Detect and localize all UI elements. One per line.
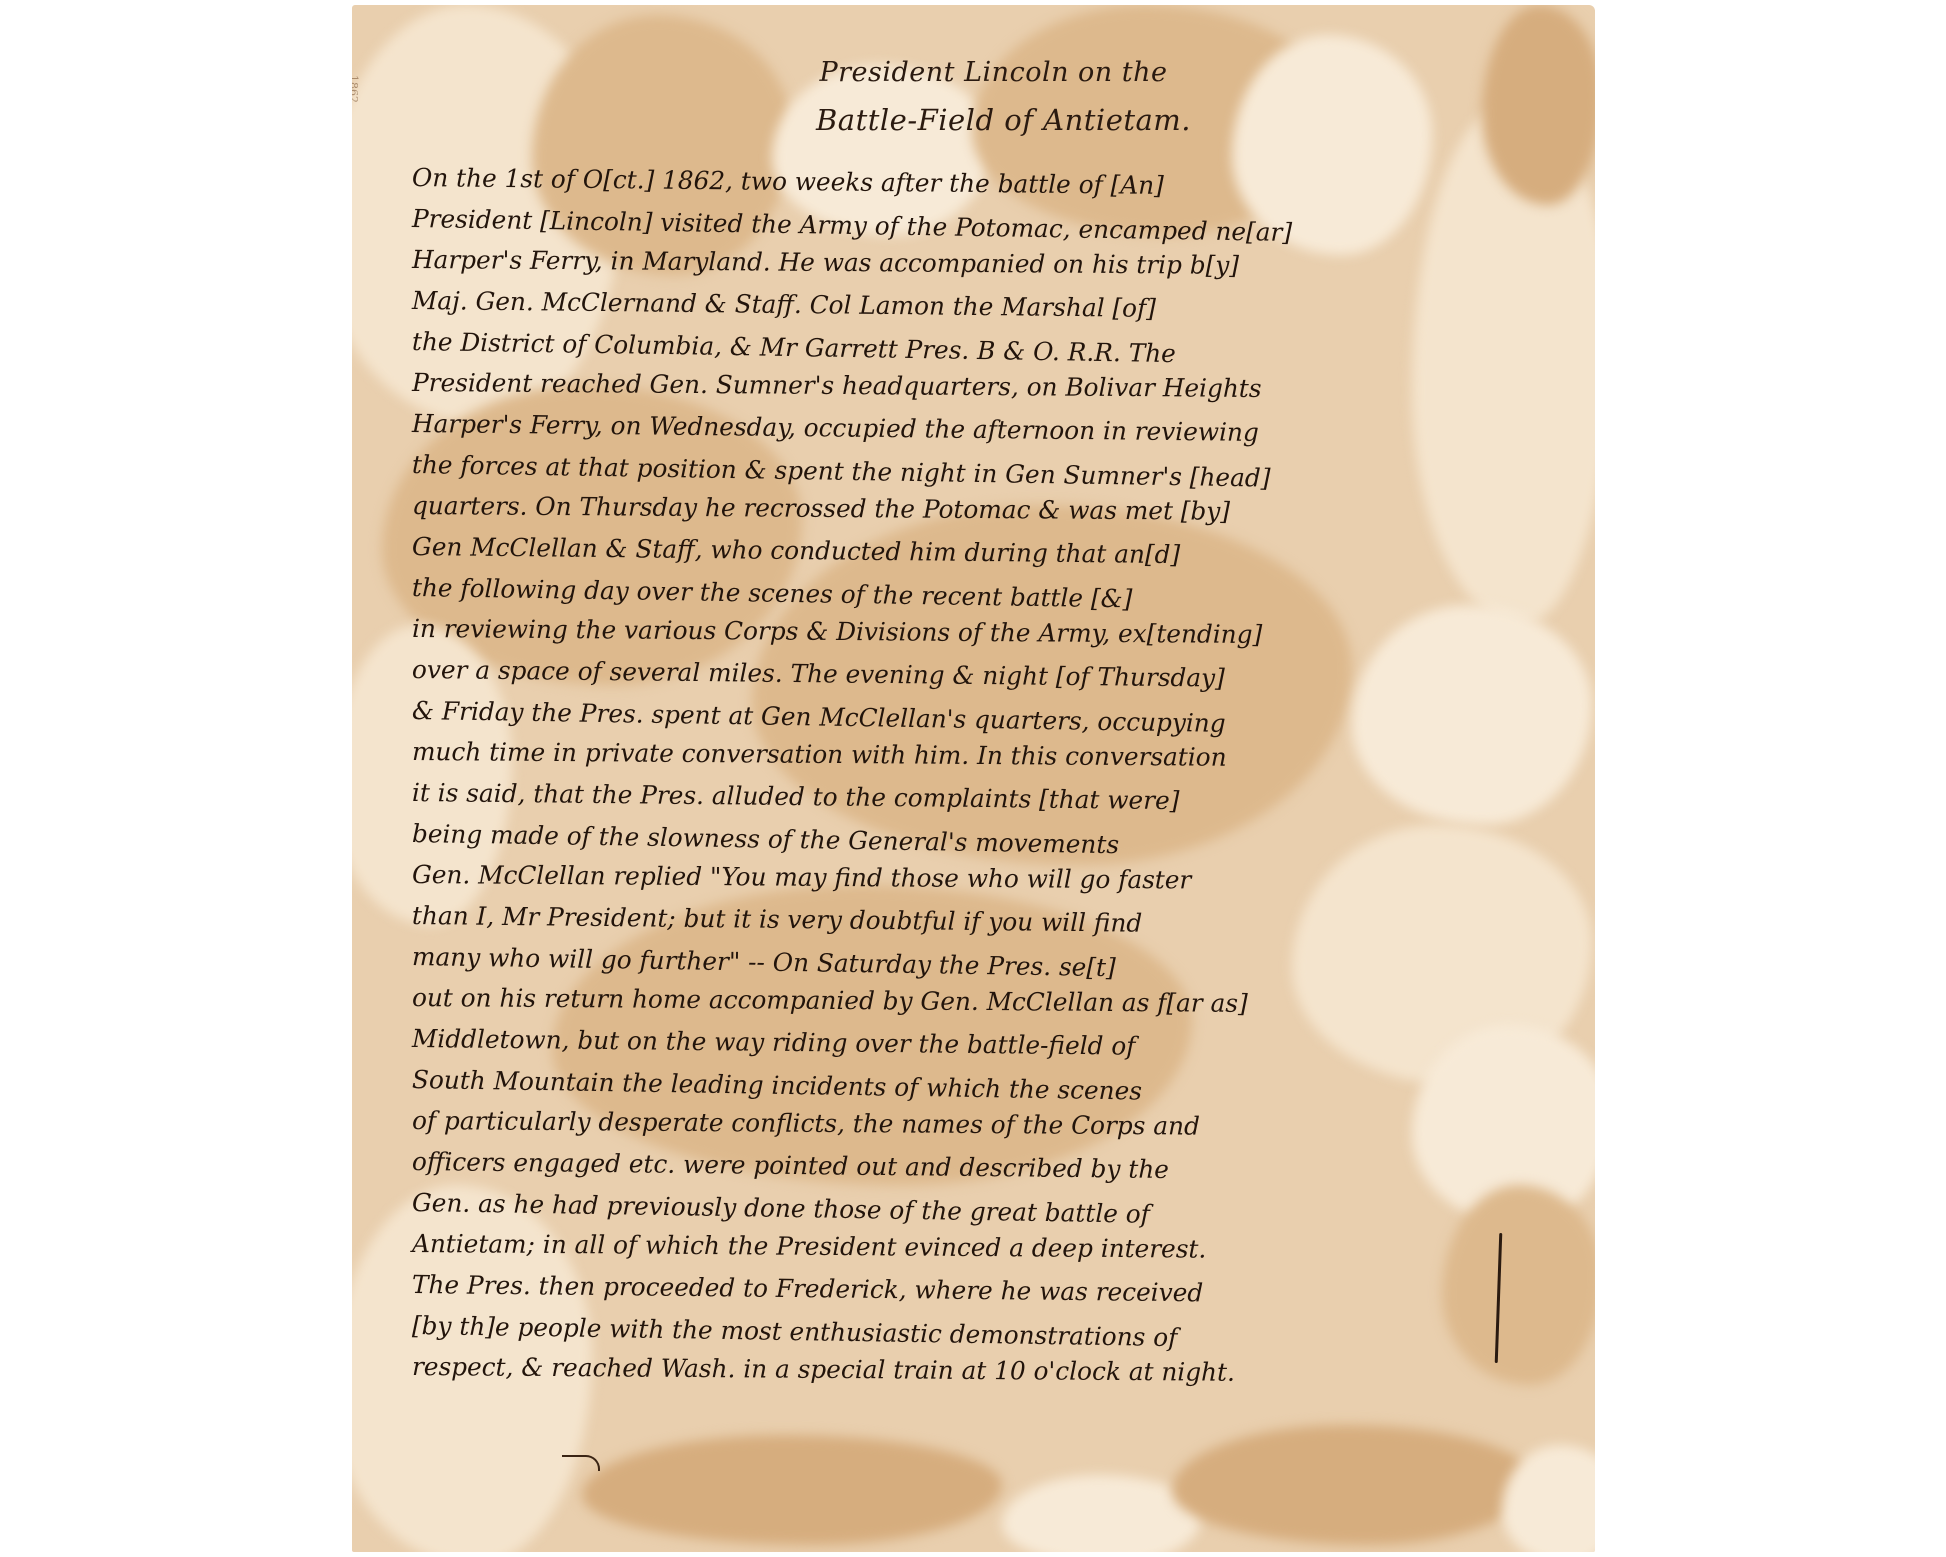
text-line: quarters. On Thursday he recrossed the P… xyxy=(412,485,1542,534)
ink-flourish-mark xyxy=(562,1455,600,1471)
text-line: President reached Gen. Sumner's headquar… xyxy=(412,362,1542,411)
manuscript-body: On the 1st of O[ct.] 1862, two weeks aft… xyxy=(412,157,1552,1387)
manuscript-page: 1862 President Lincoln on the Battle-Fie… xyxy=(352,5,1595,1552)
text-line: in reviewing the various Corps & Divisio… xyxy=(412,608,1542,657)
title-line-2: Battle-Field of Antietam. xyxy=(352,103,1595,137)
text-line: Gen. McClellan replied "You may find tho… xyxy=(412,854,1542,903)
text-line: much time in private conversation with h… xyxy=(412,731,1542,780)
text-line: out on his return home accompanied by Ge… xyxy=(412,977,1542,1026)
title-line-1: President Lincoln on the xyxy=(352,57,1595,88)
paper-stain xyxy=(1172,1425,1532,1545)
text-line: Antietam; in all of which the President … xyxy=(412,1223,1542,1272)
text-line: Harper's Ferry, in Maryland. He was acco… xyxy=(412,239,1542,288)
text-line: of particularly desperate conflicts, the… xyxy=(412,1100,1542,1149)
paper-stain xyxy=(582,1435,1002,1545)
text-line: respect, & reached Wash. in a special tr… xyxy=(412,1346,1542,1395)
